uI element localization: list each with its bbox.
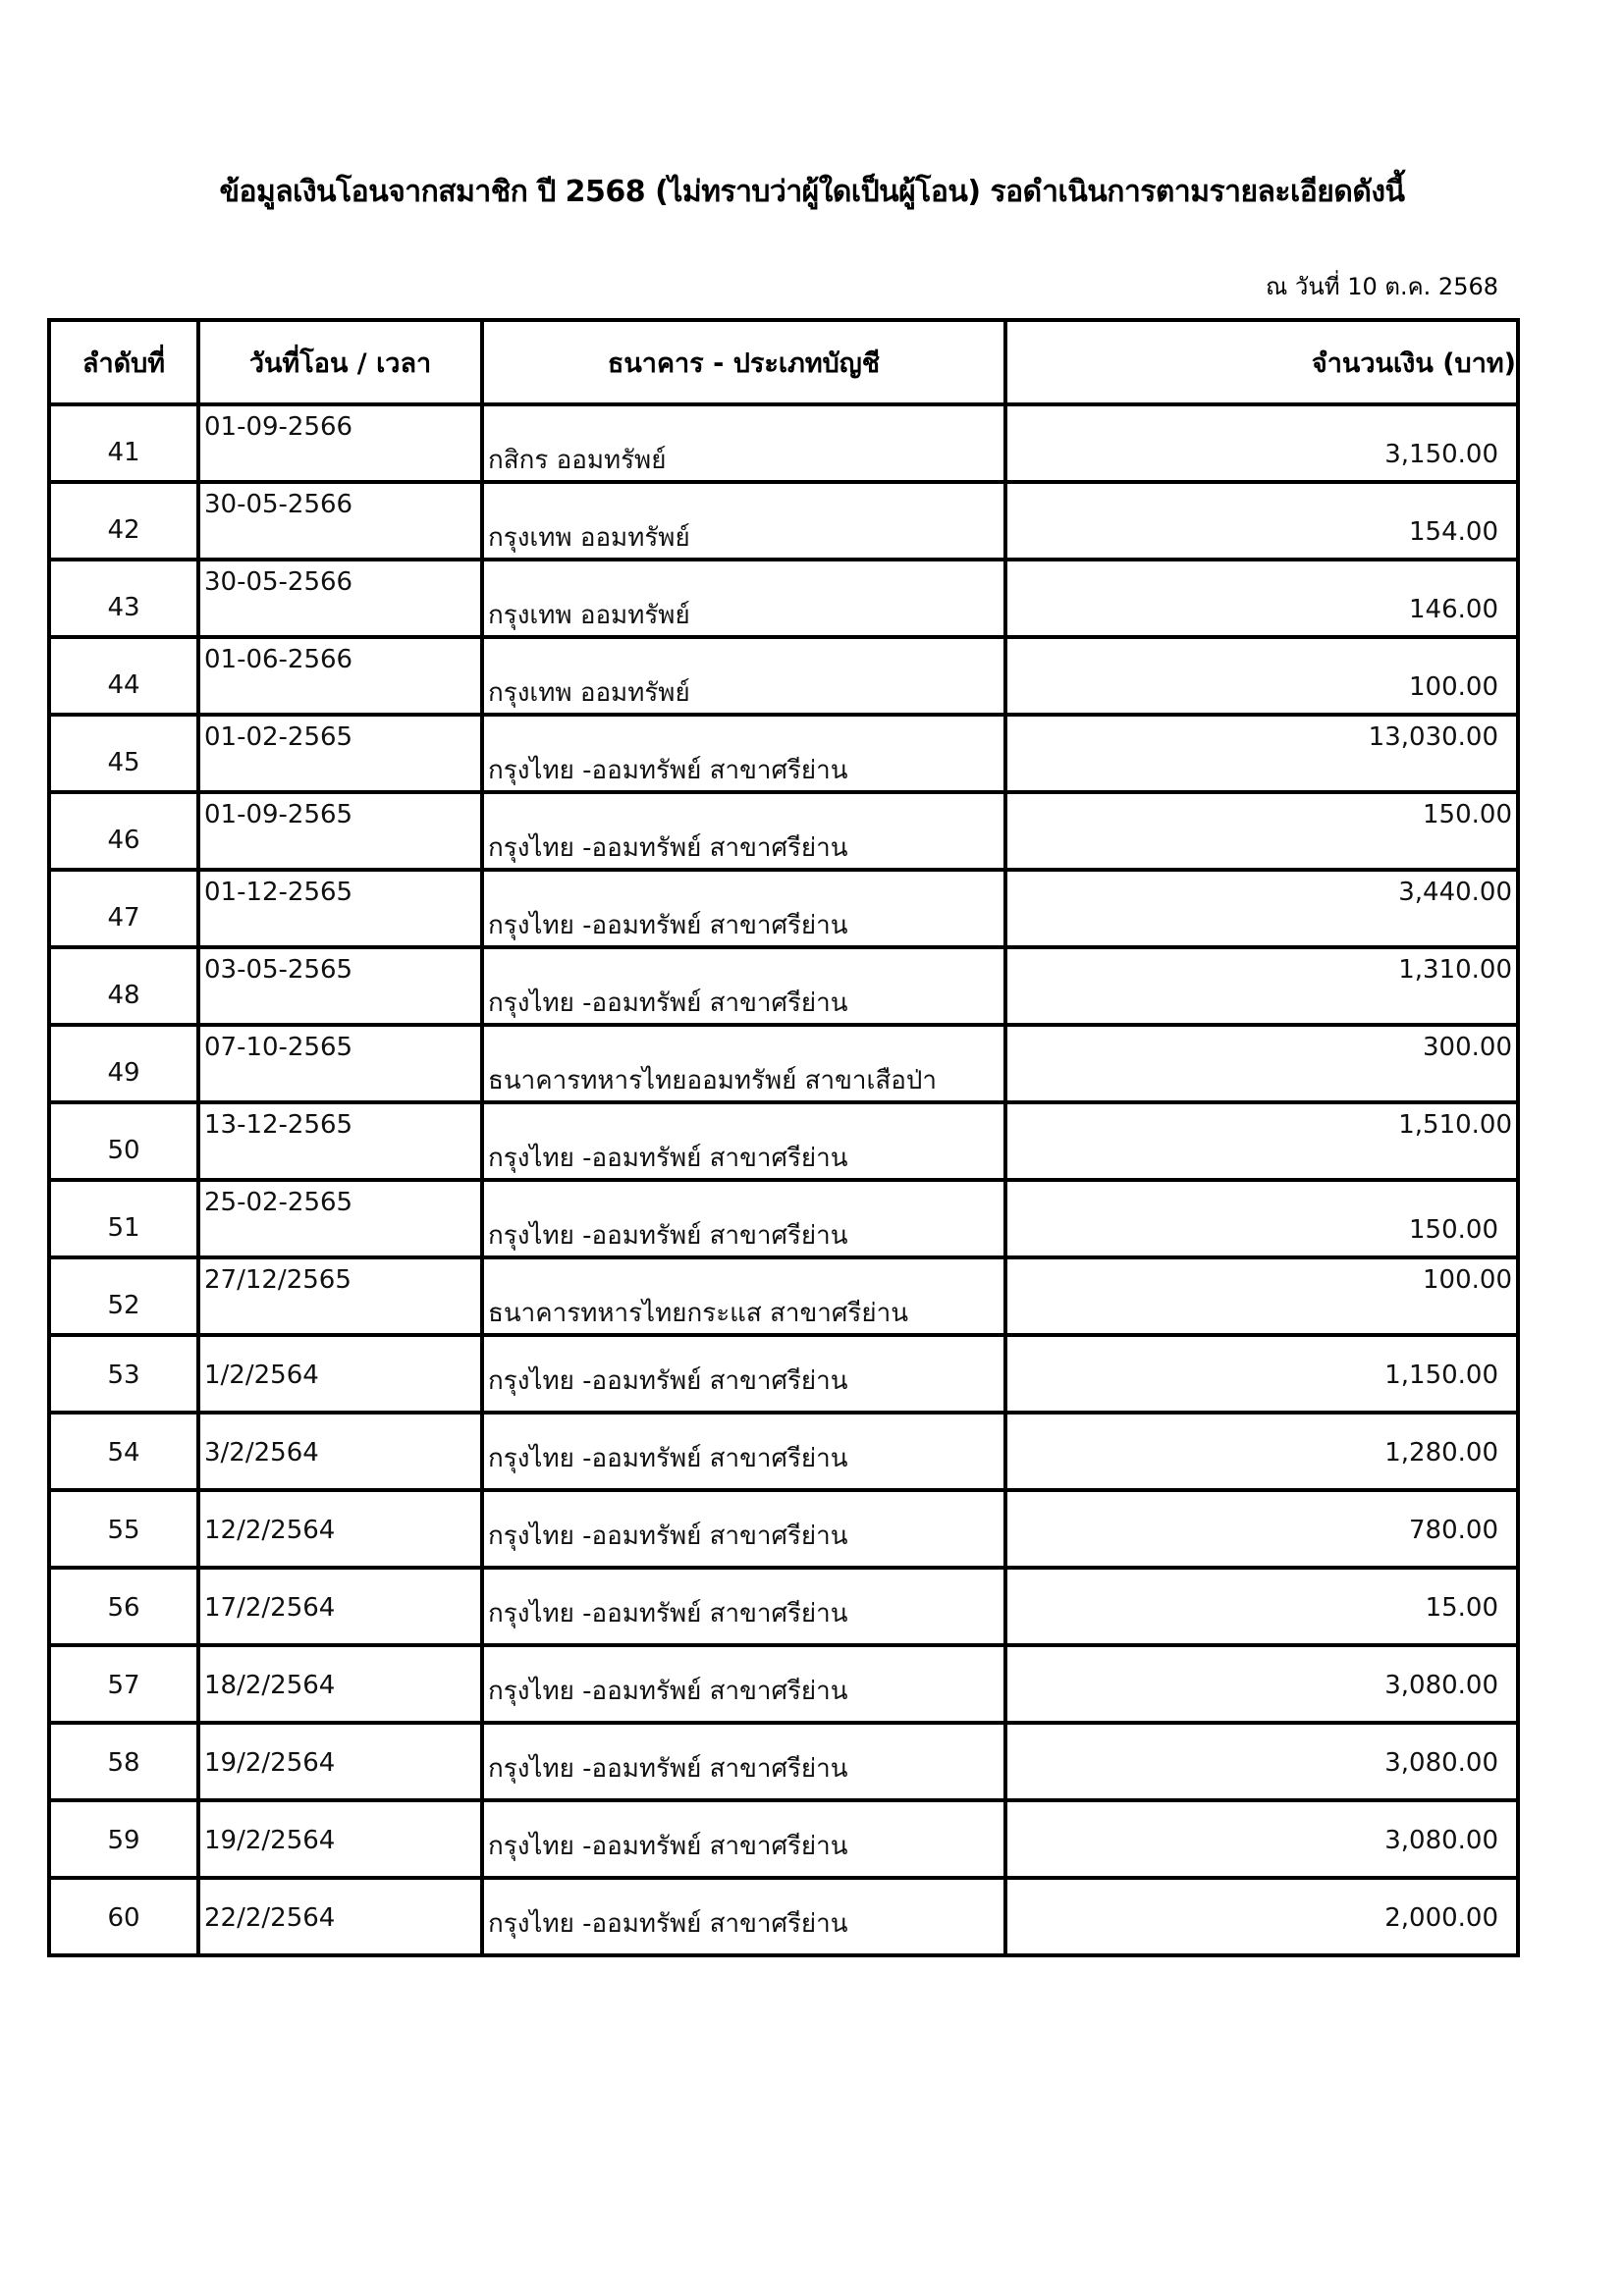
table-row: 4601-09-2565กรุงไทย -ออมทรัพย์ สาขาศรีย่… [49,792,1518,870]
transfer-date: 01-09-2565 [204,800,352,829]
transfer-date: 01-09-2566 [204,412,352,442]
row-number-cell: 53 [49,1335,198,1413]
table-row: 4907-10-2565ธนาคารทหารไทยออมทรัพย์ สาขาเ… [49,1025,1518,1102]
row-number: 53 [51,1361,196,1390]
amount: 100.00 [1423,1265,1512,1295]
amount-cell: 2,000.00 [1005,1878,1518,1955]
bank-account-type: กรุงไทย -ออมทรัพย์ สาขาศรีย่าน [488,1903,848,1944]
table-row: 531/2/2564กรุงไทย -ออมทรัพย์ สาขาศรีย่าน… [49,1335,1518,1413]
row-number-cell: 48 [49,947,198,1025]
row-number: 49 [51,1058,196,1088]
amount-cell: 15.00 [1005,1568,1518,1645]
transfer-date-cell: 3/2/2564 [198,1413,482,1490]
row-number: 48 [51,981,196,1010]
transfer-date-cell: 19/2/2564 [198,1723,482,1800]
bank-account-type: กรุงไทย -ออมทรัพย์ สาขาศรีย่าน [488,828,848,868]
bank-account-type: กรุงไทย -ออมทรัพย์ สาขาศรีย่าน [488,1671,848,1711]
as-of-date: ณ วันที่ 10 ต.ค. 2568 [1266,267,1498,305]
bank-account-type-cell: กรุงไทย -ออมทรัพย์ สาขาศรีย่าน [482,715,1005,792]
amount-cell: 150.00 [1005,1180,1518,1257]
bank-account-type-cell: ธนาคารทหารไทยกระแส สาขาศรีย่าน [482,1257,1005,1335]
row-number-cell: 42 [49,482,198,560]
row-number-cell: 60 [49,1878,198,1955]
amount: 154.00 [1409,517,1498,547]
bank-account-type: กรุงไทย -ออมทรัพย์ สาขาศรีย่าน [488,1516,848,1556]
row-number-cell: 49 [49,1025,198,1102]
bank-account-type-cell: กรุงไทย -ออมทรัพย์ สาขาศรีย่าน [482,1102,1005,1180]
transfer-date-cell: 27/12/2565 [198,1257,482,1335]
row-number-cell: 54 [49,1413,198,1490]
transfer-date: 19/2/2564 [204,1826,335,1855]
bank-account-type-cell: กรุงไทย -ออมทรัพย์ สาขาศรีย่าน [482,1645,1005,1723]
amount: 3,080.00 [1384,1671,1498,1700]
header-bank: ธนาคาร - ประเภทบัญชี [482,320,1005,404]
header-amount: จำนวนเงิน (บาท) [1005,320,1518,404]
bank-account-type: กรุงไทย -ออมทรัพย์ สาขาศรีย่าน [488,750,848,790]
amount-cell: 3,080.00 [1005,1800,1518,1878]
amount: 150.00 [1409,1215,1498,1245]
transfers-table: ลำดับที่ วันที่โอน / เวลา ธนาคาร - ประเภ… [47,318,1520,1957]
document-title: ข้อมูลเงินโอนจากสมาชิก ปี 2568 (ไม่ทราบว… [0,169,1624,215]
table-row: 4101-09-2566กสิกร ออมทรัพย์3,150.00 [49,404,1518,482]
row-number: 57 [51,1671,196,1700]
transfer-date: 17/2/2564 [204,1593,335,1623]
transfer-date-cell: 22/2/2564 [198,1878,482,1955]
bank-account-type: กรุงไทย -ออมทรัพย์ สาขาศรีย่าน [488,1138,848,1178]
bank-account-type: กรุงเทพ ออมทรัพย์ [488,517,690,558]
amount-cell: 300.00 [1005,1025,1518,1102]
table-row: 5617/2/2564กรุงไทย -ออมทรัพย์ สาขาศรีย่า… [49,1568,1518,1645]
amount: 150.00 [1423,800,1512,829]
amount: 1,510.00 [1398,1110,1512,1140]
bank-account-type: กสิกร ออมทรัพย์ [488,440,666,480]
row-number: 50 [51,1136,196,1165]
table-row: 5919/2/2564กรุงไทย -ออมทรัพย์ สาขาศรีย่า… [49,1800,1518,1878]
amount-cell: 1,310.00 [1005,947,1518,1025]
row-number: 44 [51,670,196,700]
row-number: 55 [51,1516,196,1545]
bank-account-type-cell: กรุงไทย -ออมทรัพย์ สาขาศรีย่าน [482,1878,1005,1955]
bank-account-type-cell: กสิกร ออมทรัพย์ [482,404,1005,482]
transfer-date-cell: 13-12-2565 [198,1102,482,1180]
row-number: 41 [51,438,196,467]
row-number: 60 [51,1903,196,1933]
transfer-date: 3/2/2564 [204,1438,319,1468]
amount: 3,440.00 [1398,878,1512,907]
table-row: 5819/2/2564กรุงไทย -ออมทรัพย์ สาขาศรีย่า… [49,1723,1518,1800]
table-row: 4330-05-2566กรุงเทพ ออมทรัพย์146.00 [49,560,1518,637]
table-body: 4101-09-2566กสิกร ออมทรัพย์3,150.004230-… [49,404,1518,1955]
row-number-cell: 51 [49,1180,198,1257]
row-number: 42 [51,515,196,545]
bank-account-type-cell: กรุงไทย -ออมทรัพย์ สาขาศรีย่าน [482,792,1005,870]
transfer-date-cell: 03-05-2565 [198,947,482,1025]
bank-account-type: ธนาคารทหารไทยกระแส สาขาศรีย่าน [488,1293,908,1333]
transfer-date: 01-12-2565 [204,878,352,907]
bank-account-type-cell: กรุงเทพ ออมทรัพย์ [482,637,1005,715]
bank-account-type-cell: กรุงไทย -ออมทรัพย์ สาขาศรีย่าน [482,1413,1005,1490]
transfer-date: 01-02-2565 [204,722,352,752]
table-row: 4230-05-2566กรุงเทพ ออมทรัพย์154.00 [49,482,1518,560]
transfer-date: 18/2/2564 [204,1671,335,1700]
transfer-date-cell: 01-12-2565 [198,870,482,947]
amount-cell: 13,030.00 [1005,715,1518,792]
amount-cell: 3,080.00 [1005,1723,1518,1800]
transfer-date: 1/2/2564 [204,1361,319,1390]
row-number-cell: 45 [49,715,198,792]
transfer-date-cell: 12/2/2564 [198,1490,482,1568]
row-number: 45 [51,748,196,777]
table-row: 5125-02-2565กรุงไทย -ออมทรัพย์ สาขาศรีย่… [49,1180,1518,1257]
amount-cell: 100.00 [1005,1257,1518,1335]
transfer-date: 19/2/2564 [204,1748,335,1778]
row-number-cell: 58 [49,1723,198,1800]
amount-cell: 1,150.00 [1005,1335,1518,1413]
table-row: 4401-06-2566กรุงเทพ ออมทรัพย์100.00 [49,637,1518,715]
bank-account-type-cell: ธนาคารทหารไทยออมทรัพย์ สาขาเสือป่า [482,1025,1005,1102]
row-number: 52 [51,1291,196,1320]
row-number: 56 [51,1593,196,1623]
transfer-date: 07-10-2565 [204,1033,352,1062]
amount-cell: 1,280.00 [1005,1413,1518,1490]
transfer-date-cell: 17/2/2564 [198,1568,482,1645]
bank-account-type: ธนาคารทหารไทยออมทรัพย์ สาขาเสือป่า [488,1060,937,1100]
amount: 15.00 [1426,1593,1498,1623]
amount-cell: 3,080.00 [1005,1645,1518,1723]
bank-account-type: กรุงไทย -ออมทรัพย์ สาขาศรีย่าน [488,1215,848,1255]
amount: 3,150.00 [1384,440,1498,469]
row-number-cell: 57 [49,1645,198,1723]
transfer-date-cell: 1/2/2564 [198,1335,482,1413]
bank-account-type-cell: กรุงไทย -ออมทรัพย์ สาขาศรีย่าน [482,1335,1005,1413]
bank-account-type: กรุงไทย -ออมทรัพย์ สาขาศรีย่าน [488,905,848,945]
table-row: 5227/12/2565ธนาคารทหารไทยกระแส สาขาศรีย่… [49,1257,1518,1335]
bank-account-type: กรุงไทย -ออมทรัพย์ สาขาศรีย่าน [488,1361,848,1401]
bank-account-type-cell: กรุงไทย -ออมทรัพย์ สาขาศรีย่าน [482,1490,1005,1568]
table-header-row: ลำดับที่ วันที่โอน / เวลา ธนาคาร - ประเภ… [49,320,1518,404]
transfer-date-cell: 07-10-2565 [198,1025,482,1102]
header-date: วันที่โอน / เวลา [198,320,482,404]
table-row: 5718/2/2564กรุงไทย -ออมทรัพย์ สาขาศรีย่า… [49,1645,1518,1723]
row-number-cell: 47 [49,870,198,947]
transfer-date-cell: 30-05-2566 [198,482,482,560]
header-no: ลำดับที่ [49,320,198,404]
amount-cell: 780.00 [1005,1490,1518,1568]
transfer-date: 30-05-2566 [204,490,352,519]
bank-account-type: กรุงเทพ ออมทรัพย์ [488,672,690,713]
transfer-date: 25-02-2565 [204,1188,352,1217]
transfer-date-cell: 19/2/2564 [198,1800,482,1878]
transfer-date-cell: 25-02-2565 [198,1180,482,1257]
transfer-date-cell: 30-05-2566 [198,560,482,637]
table-row: 5512/2/2564กรุงไทย -ออมทรัพย์ สาขาศรีย่า… [49,1490,1518,1568]
row-number-cell: 55 [49,1490,198,1568]
transfer-date: 12/2/2564 [204,1516,335,1545]
bank-account-type: กรุงไทย -ออมทรัพย์ สาขาศรีย่าน [488,1748,848,1789]
row-number-cell: 46 [49,792,198,870]
amount: 3,080.00 [1384,1748,1498,1778]
amount-cell: 154.00 [1005,482,1518,560]
transfer-date-cell: 01-09-2565 [198,792,482,870]
transfer-date: 30-05-2566 [204,567,352,597]
bank-account-type-cell: กรุงไทย -ออมทรัพย์ สาขาศรีย่าน [482,947,1005,1025]
amount: 300.00 [1423,1033,1512,1062]
transfer-date: 13-12-2565 [204,1110,352,1140]
transfer-date: 27/12/2565 [204,1265,352,1295]
row-number: 59 [51,1826,196,1855]
bank-account-type: กรุงไทย -ออมทรัพย์ สาขาศรีย่าน [488,1438,848,1478]
row-number: 47 [51,903,196,933]
bank-account-type: กรุงไทย -ออมทรัพย์ สาขาศรีย่าน [488,1826,848,1866]
transfer-date: 03-05-2565 [204,955,352,985]
amount: 2,000.00 [1384,1903,1498,1933]
amount: 100.00 [1409,672,1498,702]
transfer-date: 22/2/2564 [204,1903,335,1933]
bank-account-type: กรุงไทย -ออมทรัพย์ สาขาศรีย่าน [488,983,848,1023]
row-number-cell: 43 [49,560,198,637]
transfer-date-cell: 01-02-2565 [198,715,482,792]
amount-cell: 100.00 [1005,637,1518,715]
bank-account-type-cell: กรุงไทย -ออมทรัพย์ สาขาศรีย่าน [482,1180,1005,1257]
row-number: 46 [51,826,196,855]
bank-account-type-cell: กรุงไทย -ออมทรัพย์ สาขาศรีย่าน [482,1568,1005,1645]
table-row: 4701-12-2565กรุงไทย -ออมทรัพย์ สาขาศรีย่… [49,870,1518,947]
transfer-date-cell: 01-09-2566 [198,404,482,482]
amount: 1,280.00 [1384,1438,1498,1468]
amount-cell: 146.00 [1005,560,1518,637]
amount-cell: 1,510.00 [1005,1102,1518,1180]
row-number: 43 [51,593,196,622]
row-number: 58 [51,1748,196,1778]
row-number-cell: 59 [49,1800,198,1878]
table-row: 6022/2/2564กรุงไทย -ออมทรัพย์ สาขาศรีย่า… [49,1878,1518,1955]
bank-account-type-cell: กรุงเทพ ออมทรัพย์ [482,560,1005,637]
table-row: 5013-12-2565กรุงไทย -ออมทรัพย์ สาขาศรีย่… [49,1102,1518,1180]
amount: 3,080.00 [1384,1826,1498,1855]
amount: 1,310.00 [1398,955,1512,985]
transfer-date-cell: 01-06-2566 [198,637,482,715]
amount-cell: 3,440.00 [1005,870,1518,947]
amount: 1,150.00 [1384,1361,1498,1390]
row-number-cell: 52 [49,1257,198,1335]
bank-account-type-cell: กรุงไทย -ออมทรัพย์ สาขาศรีย่าน [482,1800,1005,1878]
amount: 13,030.00 [1369,722,1498,752]
row-number: 54 [51,1438,196,1468]
table-row: 543/2/2564กรุงไทย -ออมทรัพย์ สาขาศรีย่าน… [49,1413,1518,1490]
row-number-cell: 41 [49,404,198,482]
transfer-date: 01-06-2566 [204,645,352,674]
row-number-cell: 56 [49,1568,198,1645]
bank-account-type: กรุงเทพ ออมทรัพย์ [488,595,690,635]
row-number-cell: 44 [49,637,198,715]
amount-cell: 3,150.00 [1005,404,1518,482]
bank-account-type-cell: กรุงเทพ ออมทรัพย์ [482,482,1005,560]
amount-cell: 150.00 [1005,792,1518,870]
bank-account-type: กรุงไทย -ออมทรัพย์ สาขาศรีย่าน [488,1593,848,1633]
table-row: 4501-02-2565กรุงไทย -ออมทรัพย์ สาขาศรีย่… [49,715,1518,792]
bank-account-type-cell: กรุงไทย -ออมทรัพย์ สาขาศรีย่าน [482,1723,1005,1800]
table-row: 4803-05-2565กรุงไทย -ออมทรัพย์ สาขาศรีย่… [49,947,1518,1025]
transfer-date-cell: 18/2/2564 [198,1645,482,1723]
row-number: 51 [51,1213,196,1243]
amount: 146.00 [1409,595,1498,624]
bank-account-type-cell: กรุงไทย -ออมทรัพย์ สาขาศรีย่าน [482,870,1005,947]
row-number-cell: 50 [49,1102,198,1180]
amount: 780.00 [1409,1516,1498,1545]
